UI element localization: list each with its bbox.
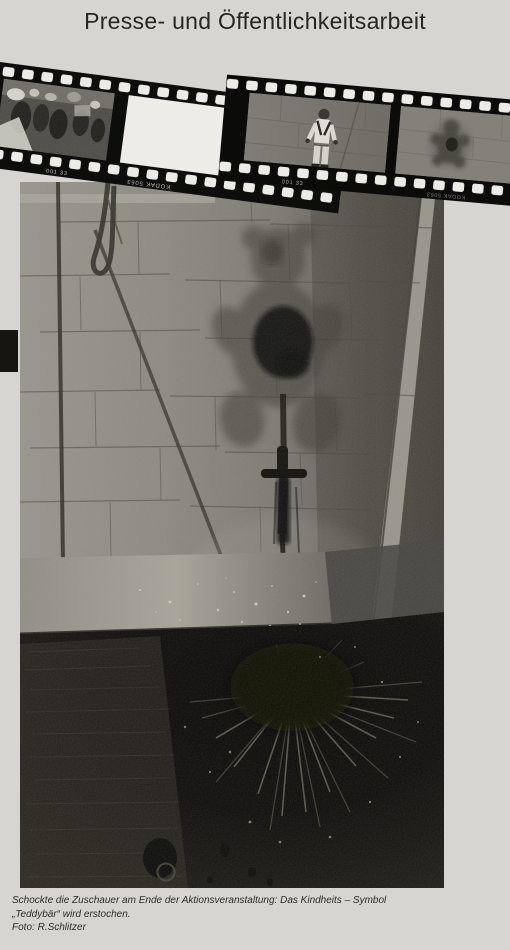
scanned-page: Presse- und Öffentlichkeitsarbeit	[0, 0, 510, 950]
photo-caption: Schockte die Zuschauer am Ende der Aktio…	[12, 894, 490, 935]
main-photo	[20, 182, 444, 888]
page-title: Presse- und Öffentlichkeitsarbeit	[0, 8, 510, 35]
caption-line-1: Schockte die Zuschauer am Ende der Aktio…	[12, 894, 490, 908]
main-photo-canvas	[20, 182, 444, 888]
performer-figure	[303, 107, 340, 168]
film-frame-number: 001 33	[46, 168, 68, 177]
film-frame-teddy	[395, 106, 510, 184]
registration-mark	[0, 330, 18, 372]
film-frame-blank	[120, 95, 246, 178]
film-frame-crowd	[0, 79, 115, 161]
film-frame-performer	[244, 93, 391, 173]
caption-line-2: „Teddybär“ wird erstochen.	[12, 908, 490, 922]
caption-credit: Foto: R.Schlitzer	[12, 921, 490, 935]
photo-grain	[20, 182, 444, 888]
